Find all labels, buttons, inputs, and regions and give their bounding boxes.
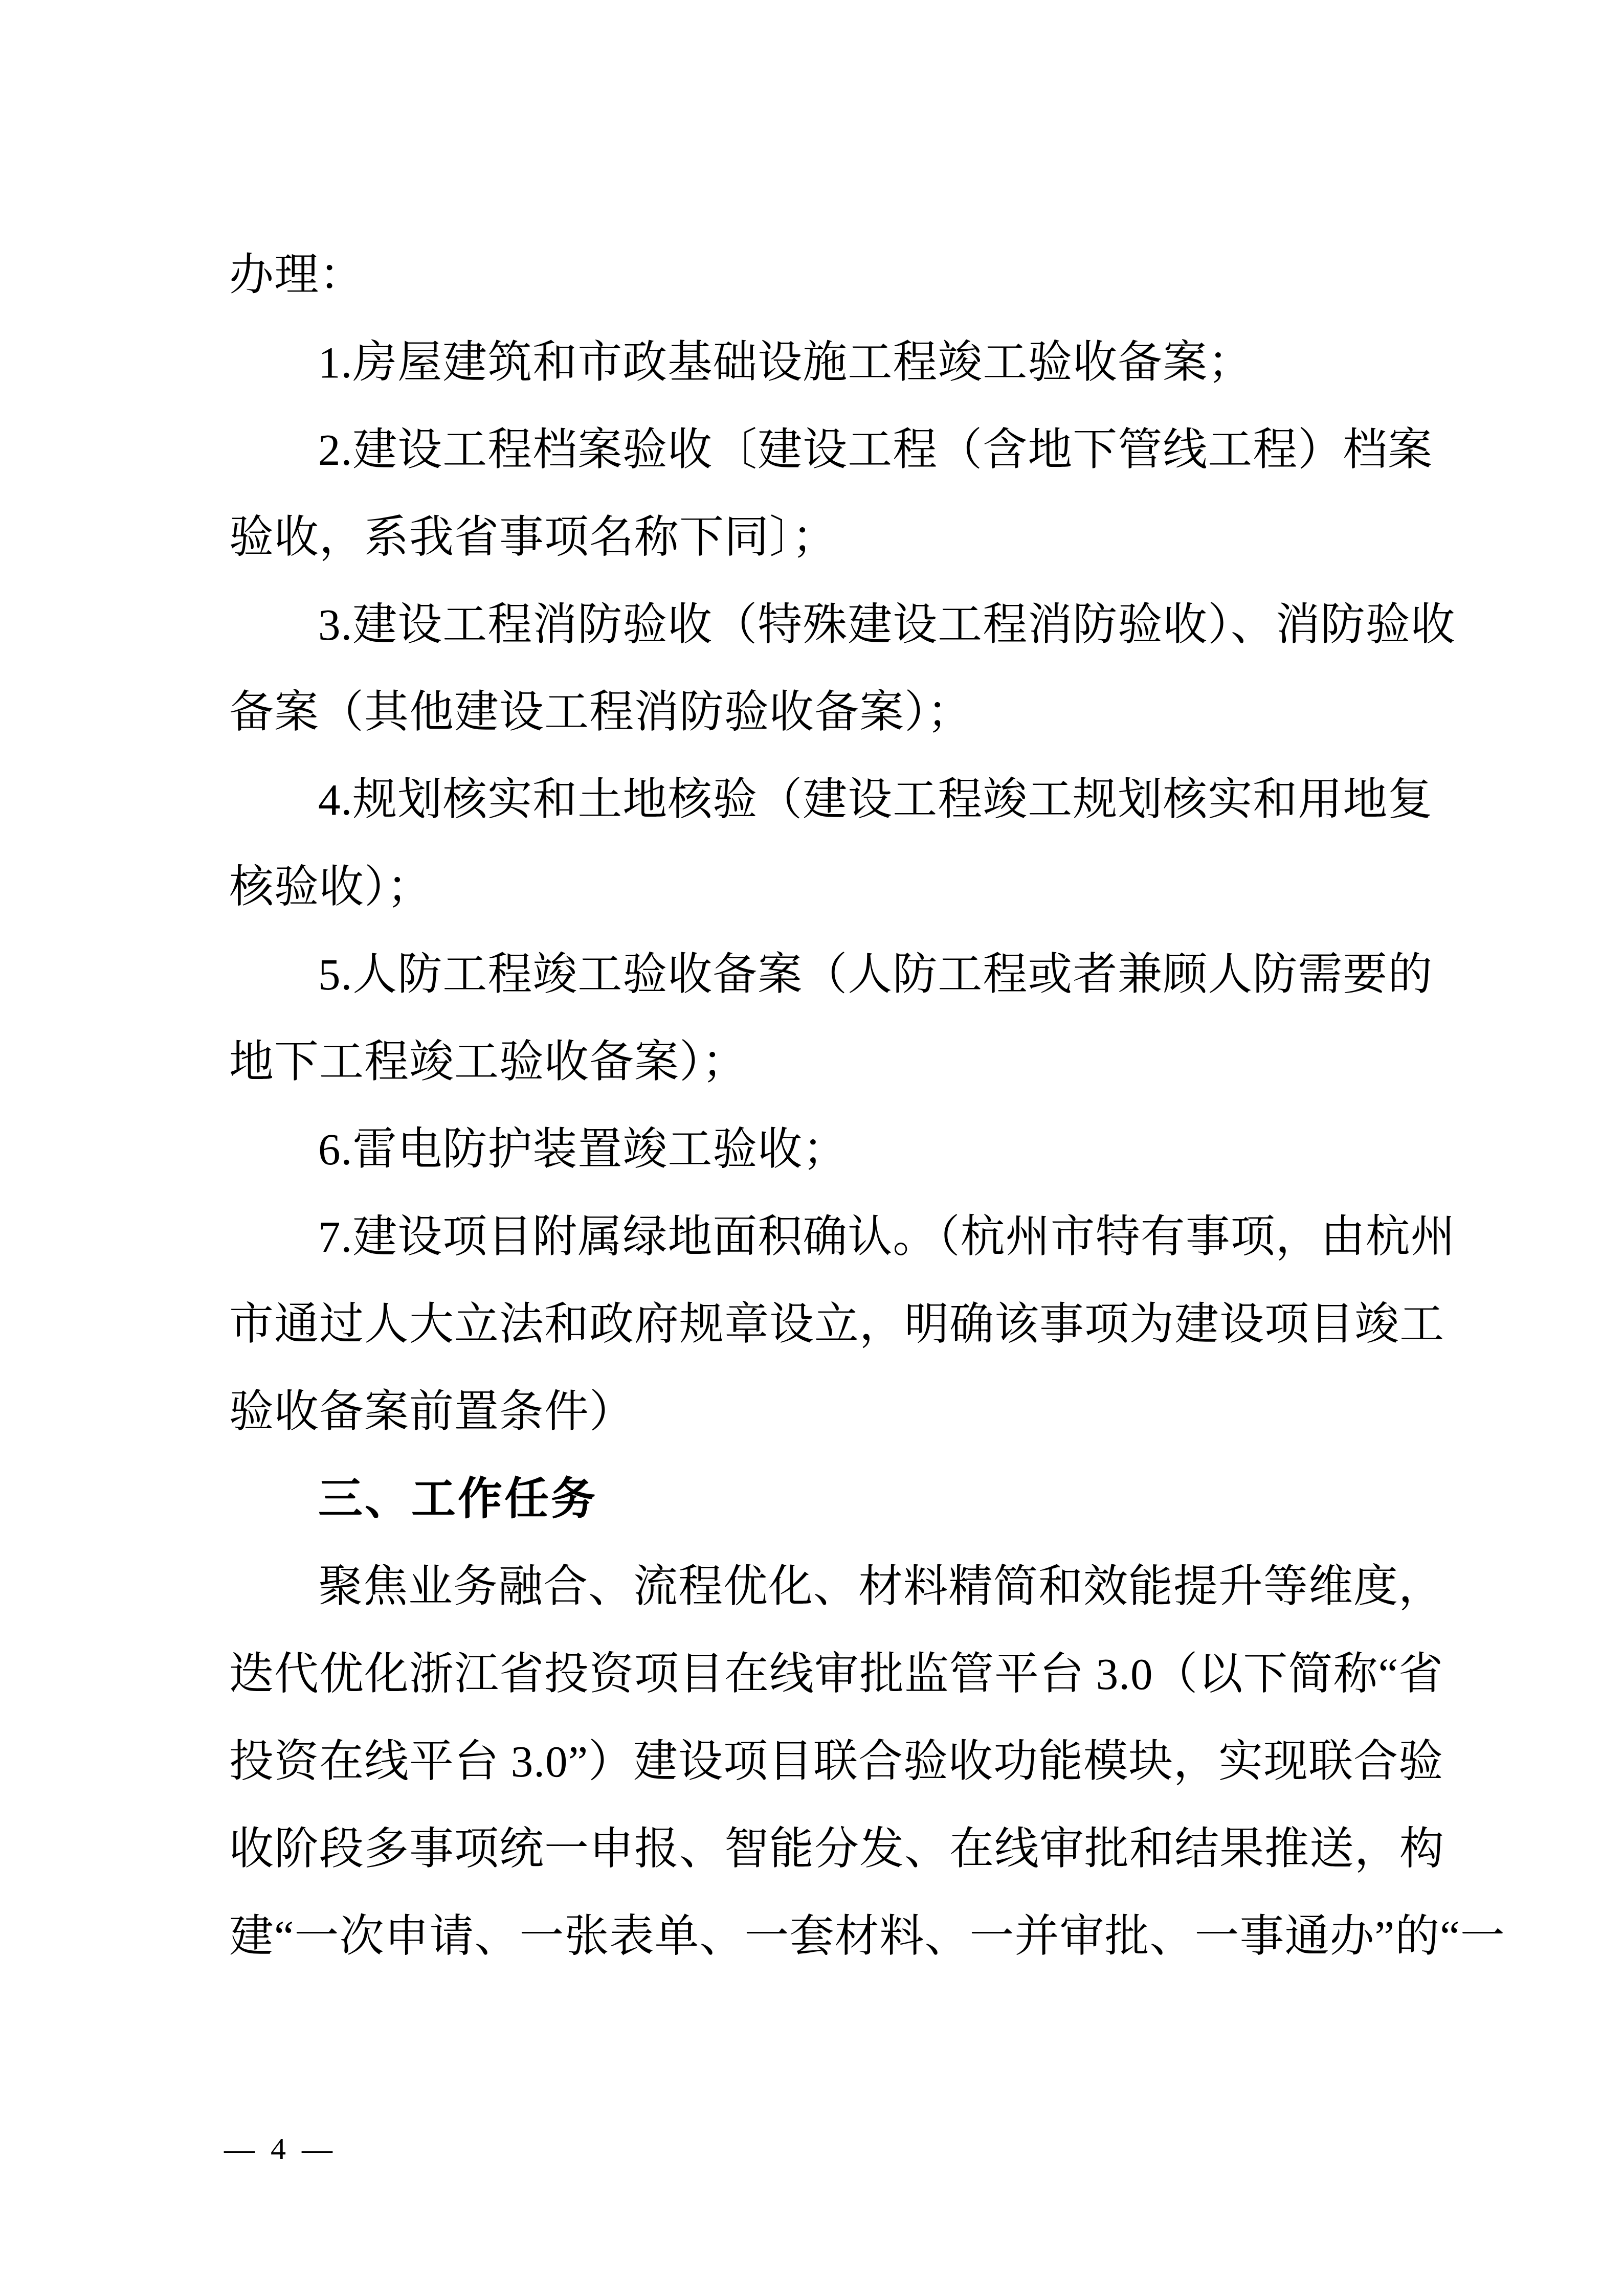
document-line: 7.建设项目附属绿地面积确认。（杭州市特有事项，由杭州: [229, 1193, 1426, 1280]
document-body: 办理： 1.房屋建筑和市政基础设施工程竣工验收备案； 2.建设工程档案验收〔建设…: [229, 231, 1426, 1980]
document-line: 验收，系我省事项名称下同〕；: [229, 493, 1426, 581]
section-heading: 三、工作任务: [229, 1455, 1426, 1543]
document-line: 核验收）；: [229, 843, 1426, 931]
document-line: 验收备案前置条件）: [229, 1368, 1426, 1455]
document-line: 6.雷电防护装置竣工验收；: [229, 1106, 1426, 1193]
document-line: 建“一次申请、一张表单、一套材料、一并审批、一事通办”的“一: [229, 1893, 1426, 1980]
document-line: 聚焦业务融合、流程优化、材料精简和效能提升等维度，: [229, 1543, 1426, 1630]
document-page: { "page": { "footer": "— 4 —", "lines": …: [0, 0, 1624, 2296]
document-line: 1.房屋建筑和市政基础设施工程竣工验收备案；: [229, 319, 1426, 406]
document-line: 办理：: [229, 231, 1426, 319]
document-line: 备案（其他建设工程消防验收备案）；: [229, 668, 1426, 756]
document-line: 4.规划核实和土地核验（建设工程竣工规划核实和用地复: [229, 756, 1426, 843]
document-line: 地下工程竣工验收备案）；: [229, 1018, 1426, 1106]
document-line: 收阶段多事项统一申报、智能分发、在线审批和结果推送，构: [229, 1805, 1426, 1893]
document-line: 5.人防工程竣工验收备案（人防工程或者兼顾人防需要的: [229, 931, 1426, 1018]
document-line: 3.建设工程消防验收（特殊建设工程消防验收）、消防验收: [229, 581, 1426, 668]
document-line: 2.建设工程档案验收〔建设工程（含地下管线工程）档案: [229, 406, 1426, 493]
document-line: 投资在线平台 3.0”）建设项目联合验收功能模块，实现联合验: [229, 1718, 1426, 1805]
document-line: 市通过人大立法和政府规章设立，明确该事项为建设项目竣工: [229, 1280, 1426, 1368]
document-line: 迭代优化浙江省投资项目在线审批监管平台 3.0（以下简称“省: [229, 1630, 1426, 1718]
page-number: — 4 —: [224, 2123, 337, 2174]
